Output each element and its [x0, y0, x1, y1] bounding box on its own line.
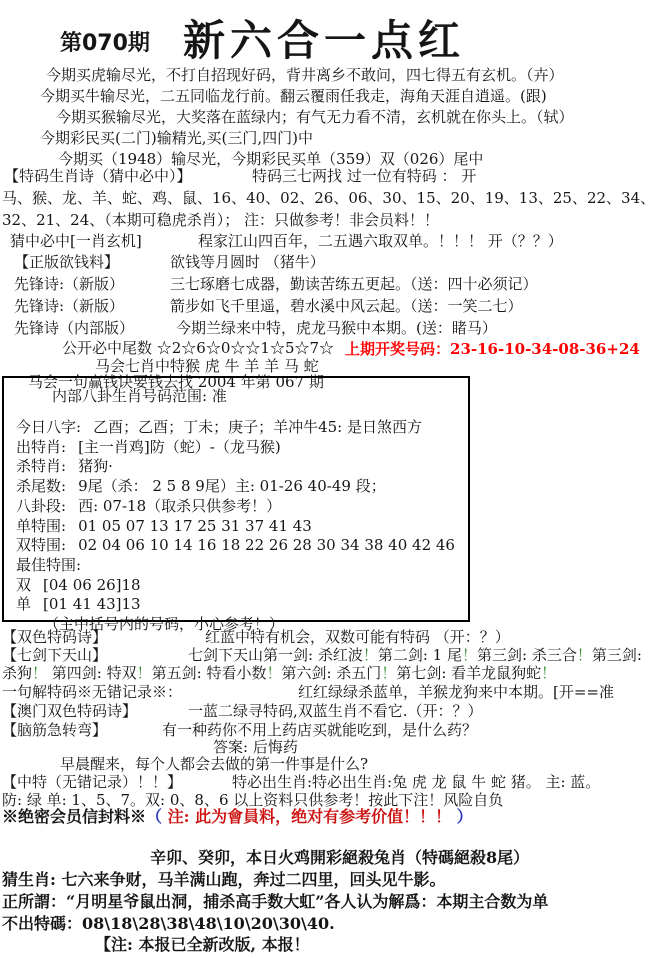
footer-line-note: 【注: 本报已全新改版, 本报！ [0, 932, 653, 953]
poem-line: 今期买虎输尽光，不打自招现好码，背井离乡不敢问，四七得五有玄机。（卉） [0, 64, 653, 85]
paren-close: ） [451, 807, 473, 826]
bagua-row-label: 今日八字: [16, 418, 81, 436]
lottery-tip-sheet: 第070期 新六合一点红 今期买虎输尽光，不打自招现好码，背井离乡不敢问，四七得… [0, 0, 653, 958]
vanguard-label: 先锋诗（内部版） [14, 317, 134, 338]
zodiac-numbers-line: 32、21、24、（本期可稳虎杀肖）； 注：只做参考！非会员料！！ [0, 209, 653, 230]
bagua-row-baguaduan: 八卦段:西: 07-18（取杀只供参考！） [16, 497, 468, 517]
one-zodiac-label: 猜中必中[一肖玄机] [10, 230, 142, 251]
decode-special-text: 红红绿绿杀蓝单，羊猴龙狗来中本期。[开==准 [298, 681, 614, 702]
bagua-row-text: [主一肖鸡]防（蛇）-（龙马猴) [78, 438, 281, 456]
bagua-row-label: 双特围: [16, 536, 66, 554]
page-title: 新六合一点红 [0, 8, 653, 60]
bagua-row-zuijia: 最佳特围: [16, 556, 468, 576]
one-zodiac-text: 程家江山四百年，二五遇六取双单。！！！ 开（？？） [198, 230, 563, 251]
money-poem-label: 【正版欲钱料】 [14, 251, 119, 272]
vanguard-text: 今期兰绿来中特，虎龙马猴中本期。(送：睹马） [176, 317, 497, 338]
money-poem-line: 【正版欲钱料】 欲钱等月圆时 （猪牛） [0, 251, 653, 272]
vanguard-text: 三七琢磨七成器，勤读苦练五更起。（送：四十必须记） [170, 273, 538, 294]
macau-poem-text: 一蓝二绿寻特码,双蓝生肖不看它.（开：？） [188, 700, 483, 721]
footer-line-excluded: 不出特碼：08\18\28\38\48\10\20\30\40. [0, 911, 653, 932]
zodiac-poem-hint: 特码三七两找 过一位有特码 ： 开 [252, 165, 476, 186]
zodiac-poem-header: 【特码生肖诗（猜中必中）】 特码三七两找 过一位有特码 ： 开 [0, 165, 653, 186]
vanguard-poem-line: 先锋诗:（新版） 箭步如飞千里遥，碧水溪中风云起。（送：一笑二七） [0, 295, 653, 316]
paren-open: （ [146, 807, 168, 826]
bagua-row-bazi: 今日八字:乙酉；乙酉；丁未；庚子；羊冲牛45: 是日煞西方 [16, 418, 468, 438]
vanguard-poem-line: 先锋诗:（新版） 三七琢磨七成器，勤读苦练五更起。（送：四十必须记） [0, 273, 653, 294]
bagua-row-shatexiao: 杀特肖:猪狗· [16, 457, 468, 477]
bagua-row-label: 单 [16, 595, 31, 613]
bagua-row-label: 杀特肖: [16, 457, 66, 475]
bagua-row-text: [04 06 26]18 [43, 576, 141, 594]
bagua-row-text: 西: 07-18（取杀只供参考！） [78, 497, 281, 515]
bagua-row-label: 最佳特围: [16, 556, 81, 574]
last-draw-numbers: 上期开奖号码：23-16-10-34-08-36+24 [0, 338, 653, 359]
money-poem-text: 欲钱等月圆时 （猪牛） [170, 251, 325, 272]
vanguard-label: 先锋诗:（新版） [14, 273, 124, 294]
bagua-row-label: 出特肖: [16, 438, 66, 456]
bagua-rows: 今日八字:乙酉；乙酉；丁未；庚子；羊冲牛45: 是日煞西方 出特肖:[主一肖鸡]… [4, 418, 468, 635]
decode-special-line: 一句解特码※无错记录※： 红红绿绿杀蓝单，羊猴龙狗来中本期。[开==准 [0, 681, 653, 702]
vanguard-label: 先锋诗:（新版） [14, 295, 124, 316]
seven-swords-line2: 杀狗！ 第四剑: 特双！第五剑: 特看小数！第六剑: 杀五门！第七剑: 看羊龙鼠… [0, 662, 653, 683]
poem-line: 今期买牛输尽光，二五同临龙行前。翻云覆雨任我走，海角天涯自逍遥。(跟) [0, 85, 653, 106]
secret-member-note: 注: 此为會員料，绝对有参考价值！！！ [168, 807, 451, 826]
bagua-row-dantewei: 单特围:01 05 07 13 17 25 31 37 41 43 [16, 517, 468, 537]
bagua-box: 内部八卦生肖号码范围: 准 今日八字:乙酉；乙酉；丁未；庚子；羊冲牛45: 是日… [2, 376, 470, 622]
zodiac-numbers-line: 马、猴、龙、羊、蛇、鸡、鼠、16、40、02、26、06、30、15、20、19… [0, 187, 653, 208]
footer-line-saying: 正所謂：“月明星爷鼠出洞，捕杀高手数大虹”各人认为解爲：本期主合数为单 [0, 889, 653, 910]
decode-special-label: 一句解特码※无错记录※： [2, 681, 182, 702]
bagua-row-text: 02 04 06 10 14 16 18 22 26 28 30 34 38 4… [78, 536, 455, 554]
macau-poem-line: 【澳门双色特码诗】 一蓝二绿寻特码,双蓝生肖不看它.（开：？） [0, 700, 653, 721]
footer-line-kill: 辛卯、癸卯，本日火鸡開彩絕殺兔肖（特碼絕殺8尾） [0, 845, 653, 866]
secret-member-line: ※绝密会员信封料※（ 注: 此为會員料，绝对有参考价值！！！ ） [0, 804, 653, 825]
bagua-row-label: 杀尾数: [16, 477, 66, 495]
bagua-row-dan: 单[01 41 43]13 [16, 595, 468, 615]
zodiac-poem-label: 【特码生肖诗（猜中必中）】 [4, 165, 192, 186]
poem-line: 今期买猴输尽光，大奖落在蓝绿内；有气无力看不清，玄机就在你头上。（轼） [0, 106, 653, 127]
vanguard-text: 箭步如飞千里遥，碧水溪中风云起。（送：一笑二七） [170, 295, 523, 316]
bagua-row-text: 01 05 07 13 17 25 31 37 41 43 [78, 517, 312, 535]
vanguard-poem-line: 先锋诗（内部版） 今期兰绿来中特，虎龙马猴中本期。(送：睹马） [0, 317, 653, 338]
bagua-row-chutexiao: 出特肖:[主一肖鸡]防（蛇）-（龙马猴) [16, 438, 468, 458]
bagua-row-text: 9尾（杀： 2 5 8 9尾）主: 01-26 40-49 段； [78, 477, 386, 495]
bagua-row-label: 八卦段: [16, 497, 66, 515]
bagua-row-text: 乙酉；乙酉；丁未；庚子；羊冲牛45: 是日煞西方 [93, 418, 422, 436]
footer-line-zodiac: 猜生肖: 七六来争财，马羊满山跑，奔过二四里，回头见牛影。 [0, 867, 653, 888]
macau-poem-label: 【澳门双色特码诗】 [2, 700, 137, 721]
bagua-row-shaweishu: 杀尾数:9尾（杀： 2 5 8 9尾）主: 01-26 40-49 段； [16, 477, 468, 497]
bagua-row-shuangtewei: 双特围:02 04 06 10 14 16 18 22 26 28 30 34 … [16, 536, 468, 556]
bagua-row-label: 双 [16, 576, 31, 594]
secret-member-label: ※绝密会员信封料※ [2, 807, 146, 826]
one-zodiac-line: 猜中必中[一肖玄机] 程家江山四百年，二五遇六取双单。！！！ 开（？？） [0, 230, 653, 251]
bagua-row-shuang: 双[04 06 26]18 [16, 576, 468, 596]
bagua-row-label: 单特围: [16, 517, 66, 535]
bagua-row-text: 猪狗· [78, 457, 113, 475]
poem-line: 今期彩民买(二门)输精光,买(三门,四门)中 [0, 127, 653, 148]
bagua-box-title: 内部八卦生肖号码范围: 准 [52, 385, 468, 406]
bagua-row-text: [01 41 43]13 [43, 595, 141, 613]
